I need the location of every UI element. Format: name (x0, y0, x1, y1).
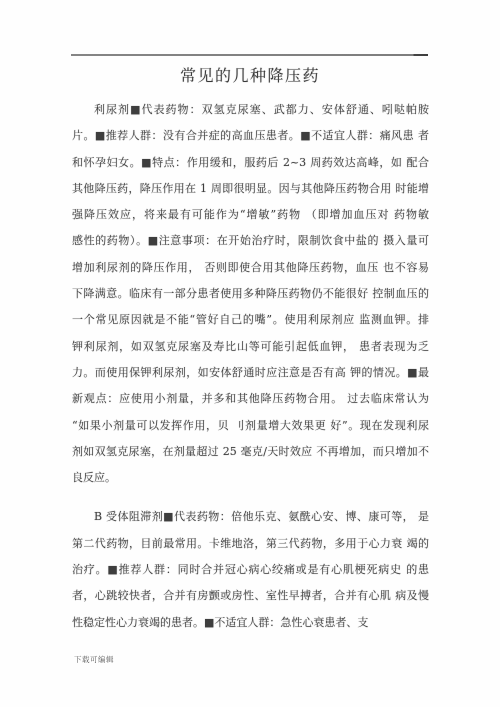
footer-watermark: 下载可编辑 (74, 654, 114, 665)
text-line: 一个常见原因就是不能“管好自己的嘴”。使用利尿剂应 监测血钾。排 (72, 307, 429, 333)
text-line: 片。■推荐人群：没有合并症的高血压患者。■不适宜人群：痛风患 者 (72, 123, 429, 149)
text-line: 第二代药物，目前最常用。卡维地洛，第三代药物，多用于心力衰 竭的 (72, 531, 429, 557)
paragraph-diuretics: 利尿剂■代表药物：双氢克尿塞、武都力、安体舒通、吲哒帕胺 片。■推荐人群：没有合… (72, 97, 429, 491)
text-line: 治疗。■推荐人群：同时合并冠心病心绞痛或是有心肌梗死病史 的患 (72, 557, 429, 583)
text-line: 钾利尿剂，如双氢克尿塞及寿比山等可能引起低血钾， 患者表现为乏 (72, 334, 429, 360)
document-title: 常见的几种降压药 (0, 63, 500, 86)
text-line: “如果小剂量可以发挥作用，贝 刂剂量增大效果更 好”。现在发现利尿 (72, 413, 429, 439)
text-line: 下降满意。临床有一部分患者使用多种降压药物仍不能很好 控制血压的 (72, 281, 429, 307)
text-line: 增加利尿剂的降压作用， 否则即使合用其他降压药物，血压 也不容易 (72, 255, 429, 281)
document-body: 利尿剂■代表药物：双氢克尿塞、武都力、安体舒通、吲哒帕胺 片。■推荐人群：没有合… (72, 97, 429, 636)
text-line: 其他降压药，降压作用在 1 周即很明显。因与其他降压药物合用 时能增 (72, 176, 429, 202)
paragraph-beta-blockers: B 受体阻滞剂■代表药物：倍他乐克、氨酰心安、博、康可等， 是 第二代药物，目前… (72, 504, 429, 635)
document-page: 常见的几种降压药 利尿剂■代表药物：双氢克尿塞、武都力、安体舒通、吲哒帕胺 片。… (0, 0, 500, 707)
text-line: 力。而使用保钾利尿剂，如安体舒通时应注意是否有高 钾的情况。■最 (72, 360, 429, 386)
text-line: 性稳定性心力衰竭的患者。■不适宜人群：急性心衰患者、支 (72, 610, 429, 636)
text-line: 者，心跳较快者，合并有房颤或房性、室性早搏者，合并有心肌 病及慢 (72, 583, 429, 609)
header-rule (71, 54, 428, 56)
text-line: 和怀孕妇女。■特点：作用缓和，服药后 2~3 周药效达高峰，如 配合 (72, 150, 429, 176)
text-line: 新观点：应使用小剂量，并多和其他降压药物合用。 过去临床常认为 (72, 386, 429, 412)
text-line: 剂如双氢克尿塞，在剂量超过 25 毫克/天时效应 不再增加，而只增加不 (72, 439, 429, 465)
text-line: 良反应。 (72, 465, 429, 491)
text-line: 感性的药物）。■注意事项：在开始治疗时，限制饮食中盐的 摄入量可 (72, 228, 429, 254)
text-line: 强降压效应，将来最有可能作为“增敏”药物 （即增加血压对 药物敏 (72, 202, 429, 228)
text-line: B 受体阻滞剂■代表药物：倍他乐克、氨酰心安、博、康可等， 是 (72, 504, 429, 530)
text-line: 利尿剂■代表药物：双氢克尿塞、武都力、安体舒通、吲哒帕胺 (72, 97, 429, 123)
